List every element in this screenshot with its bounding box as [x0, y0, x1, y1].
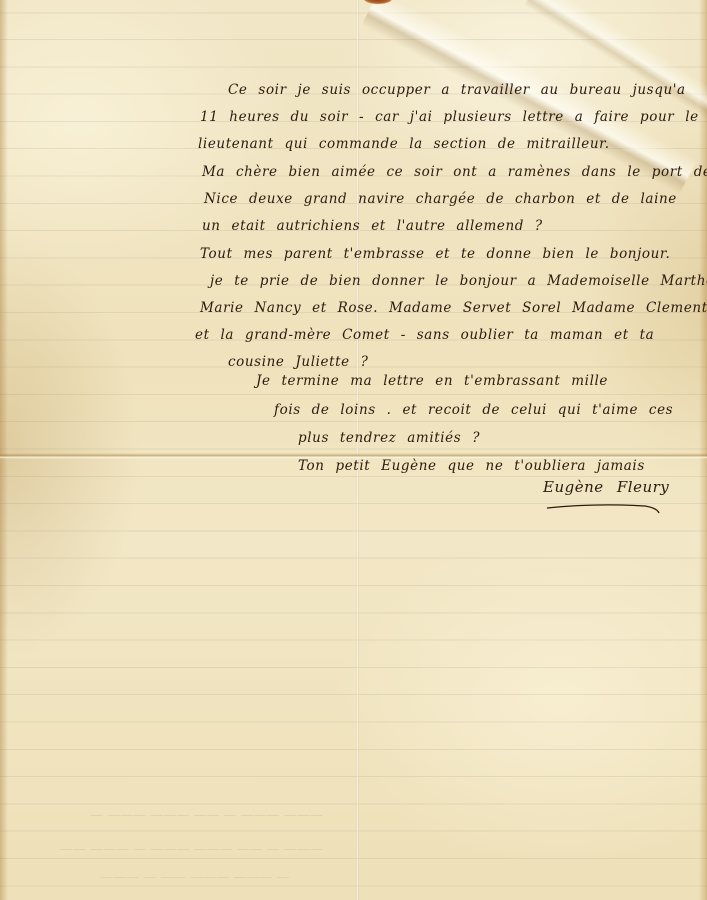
letter-line: fois de loins . et recoit de celui qui t… — [274, 404, 673, 418]
vertical-fold — [356, 0, 359, 900]
signature-flourish — [545, 500, 660, 514]
letter-page: ——— ——— — —— ——— ——— — ——— — —— ——— ——— … — [0, 0, 707, 900]
letter-line: Nice deuxe grand navire chargée de charb… — [204, 193, 677, 207]
letter-line: Tout mes parent t'embrasse et te donne b… — [200, 248, 670, 262]
letter-line: un etait autrichiens et l'autre allemend… — [202, 220, 543, 234]
letter-line: Ton petit Eugène que ne t'oubliera jamai… — [298, 460, 645, 474]
paper-edge-right — [699, 0, 707, 900]
letter-line: Ma chère bien aimée ce soir ont a ramène… — [202, 166, 707, 180]
letter-line: 11 heures du soir - car j'ai plusieurs l… — [200, 111, 699, 125]
show-through-writing: ——— ——— — —— ——— ——— — — [90, 808, 323, 823]
paper-edge-left — [0, 0, 8, 900]
letter-line: et la grand-mère Comet - sans oublier ta… — [195, 329, 654, 343]
letter-line: lieutenant qui commande la section de mi… — [198, 138, 610, 152]
letter-line: Je termine ma lettre en t'embrassant mil… — [256, 375, 608, 389]
signature: Eugène Fleury — [543, 478, 669, 496]
letter-line: plus tendrez amitiés ? — [298, 432, 480, 446]
letter-line: je te prie de bien donner le bonjour a M… — [210, 275, 707, 289]
letter-line: cousine Juliette ? — [228, 356, 369, 370]
show-through-writing: ——— — —— ——— ——— — ——— —— — [60, 842, 323, 857]
letter-line: Marie Nancy et Rose. Madame Servet Sorel… — [200, 302, 707, 316]
letter-line: Ce soir je suis occupper a travailler au… — [228, 84, 686, 98]
show-through-writing: — ——— ——— —— — ——— — [100, 870, 290, 885]
